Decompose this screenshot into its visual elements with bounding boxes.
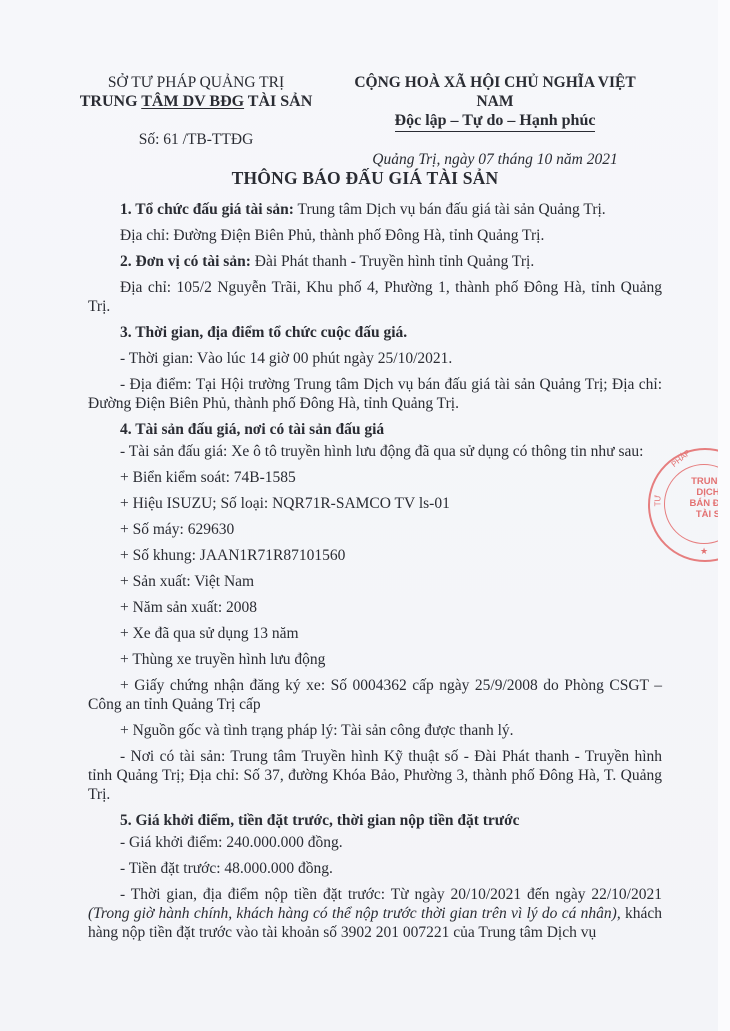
- document-title: THÔNG BÁO ĐẤU GIÁ TÀI SẢN: [0, 168, 730, 189]
- asset-detail-item: + Hiệu ISUZU; Số loại: NQR71R-SAMCO TV l…: [88, 494, 662, 513]
- deposit-amount: - Tiền đặt trước: 48.000.000 đồng.: [88, 859, 662, 878]
- section-2-address: Địa chỉ: 105/2 Nguyễn Trãi, Khu phố 4, P…: [88, 278, 662, 316]
- national-motto: Độc lập – Tự do – Hạnh phúc: [395, 111, 596, 132]
- star-icon: ★: [700, 546, 708, 557]
- asset-location: - Nơi có tài sản: Trung tâm Truyền hình …: [88, 747, 662, 804]
- deposit-time: - Thời gian, địa điểm nộp tiền đặt trước…: [88, 885, 662, 942]
- section-4-heading: 4. Tài sản đấu giá, nơi có tài sản đấu g…: [88, 420, 662, 439]
- starting-price: - Giá khởi điểm: 240.000.000 đồng.: [88, 833, 662, 852]
- section-1: 1. Tổ chức đấu giá tài sản: Trung tâm Dị…: [88, 200, 662, 219]
- national-header: CỘNG HOÀ XÃ HỘI CHỦ NGHĨA VIỆT NAM Độc l…: [335, 73, 655, 169]
- auction-time: - Thời gian: Vào lúc 14 giờ 00 phút ngày…: [88, 349, 662, 368]
- section-1-address: Địa chỉ: Đường Điện Biên Phủ, thành phố …: [88, 226, 662, 245]
- document-number: Số: 61 /TB-TTĐG: [66, 130, 326, 149]
- section-5-heading: 5. Giá khởi điểm, tiền đặt trước, thời g…: [88, 811, 662, 830]
- asset-detail-item: + Năm sản xuất: 2008: [88, 598, 662, 617]
- page-edge: [718, 0, 730, 1031]
- asset-intro: - Tài sản đấu giá: Xe ô tô truyền hình l…: [88, 442, 662, 461]
- asset-details-list: + Biển kiểm soát: 74B-1585 + Hiệu ISUZU;…: [88, 468, 662, 740]
- country-name: CỘNG HOÀ XÃ HỘI CHỦ NGHĨA VIỆT NAM: [335, 73, 655, 111]
- asset-detail-item: + Thùng xe truyền hình lưu động: [88, 650, 662, 669]
- asset-detail-item: + Số khung: JAAN1R71R87101560: [88, 546, 662, 565]
- issuer-header: SỞ TƯ PHÁP QUẢNG TRỊ TRUNG TÂM DV BĐG TÀ…: [66, 73, 326, 149]
- agency-name: SỞ TƯ PHÁP QUẢNG TRỊ: [66, 73, 326, 92]
- document-page: SỞ TƯ PHÁP QUẢNG TRỊ TRUNG TÂM DV BĐG TÀ…: [0, 0, 730, 1031]
- seal-arc-text: TƯ: [653, 495, 662, 507]
- asset-detail-item: + Biển kiểm soát: 74B-1585: [88, 468, 662, 487]
- asset-detail-item: + Số máy: 629630: [88, 520, 662, 539]
- issue-date: Quảng Trị, ngày 07 tháng 10 năm 2021: [335, 150, 655, 169]
- section-3-heading: 3. Thời gian, địa điểm tổ chức cuộc đấu …: [88, 323, 662, 342]
- asset-detail-item: + Xe đã qua sử dụng 13 năm: [88, 624, 662, 643]
- section-2: 2. Đơn vị có tài sản: Đài Phát thanh - T…: [88, 252, 662, 271]
- document-body: 1. Tổ chức đấu giá tài sản: Trung tâm Dị…: [88, 200, 662, 949]
- auction-place: - Địa điểm: Tại Hội trường Trung tâm Dịc…: [88, 375, 662, 413]
- asset-detail-item: + Nguồn gốc và tình trạng pháp lý: Tài s…: [88, 721, 662, 740]
- asset-detail-item: + Giấy chứng nhận đăng ký xe: Số 0004362…: [88, 676, 662, 714]
- center-name: TRUNG TÂM DV BĐG TÀI SẢN: [66, 92, 326, 111]
- asset-detail-item: + Sản xuất: Việt Nam: [88, 572, 662, 591]
